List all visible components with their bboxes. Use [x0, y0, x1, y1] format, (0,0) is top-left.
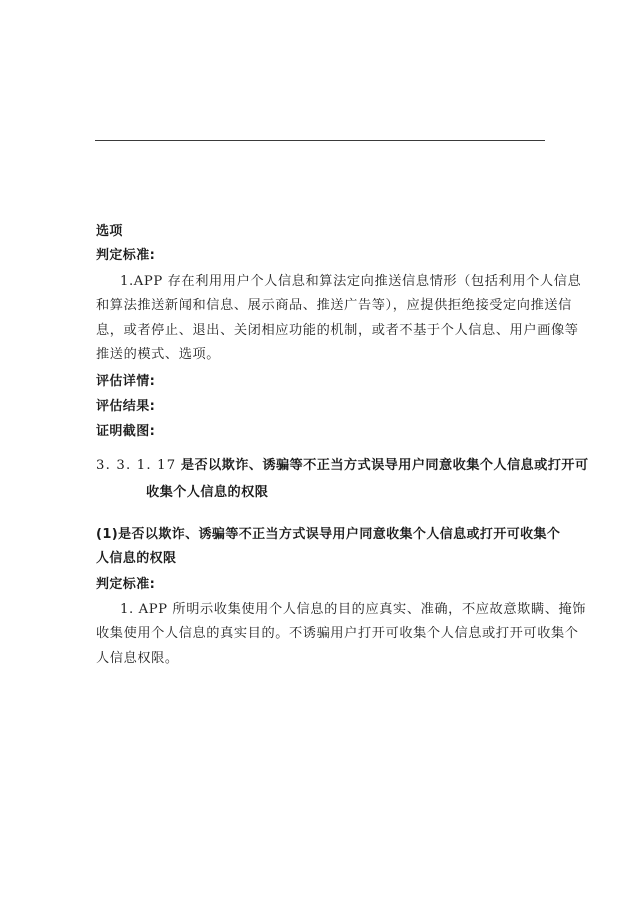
criteria-text-line: 和算法推送新闻和信息、展示商品、推送广告等），应提供拒绝接受定向推送信: [96, 297, 572, 315]
section-title-continued: 收集个人信息的权限: [146, 484, 268, 502]
proof-screenshot-label: 证明截图:: [96, 423, 155, 441]
sub-item-title-continued: 人信息的权限: [96, 550, 176, 568]
criteria-label: 判定标准:: [96, 247, 155, 265]
sub-criteria-text-line: 收集使用个人信息的真实目的。不诱骗用户打开可收集个人信息或打开可收集个: [96, 625, 579, 643]
section-heading: 3. 3. 1. 17 是否以欺诈、诱骗等不正当方式误导用户同意收集个人信息或打…: [96, 457, 588, 475]
sub-item-title: (1)是否以欺诈、诱骗等不正当方式误导用户同意收集个人信息或打开可收集个: [96, 526, 560, 544]
assessment-result-label: 评估结果:: [96, 398, 155, 416]
section-number: 3. 3. 1. 17: [96, 458, 176, 473]
section-title: 是否以欺诈、诱骗等不正当方式误导用户同意收集个人信息或打开可: [181, 458, 589, 473]
sub-criteria-text-line: 人信息权限。: [96, 650, 179, 668]
sub-criteria-text-line: 1. APP 所明示收集使用个人信息的目的应真实、准确，不应故意欺瞒、掩饰: [120, 601, 586, 619]
criteria-text-line: 推送的模式、选项。: [96, 346, 220, 364]
continued-heading: 选项: [96, 223, 123, 241]
criteria-text-line: 息，或者停止、退出、关闭相应功能的机制，或者不基于个人信息、用户画像等: [96, 322, 579, 340]
assessment-details-label: 评估详情:: [96, 373, 155, 391]
header-rule: [95, 140, 545, 141]
criteria-text-line: 1.APP 存在利用用户个人信息和算法定向推送信息情形（包括利用个人信息: [120, 273, 581, 291]
sub-criteria-label: 判定标准:: [96, 576, 155, 594]
